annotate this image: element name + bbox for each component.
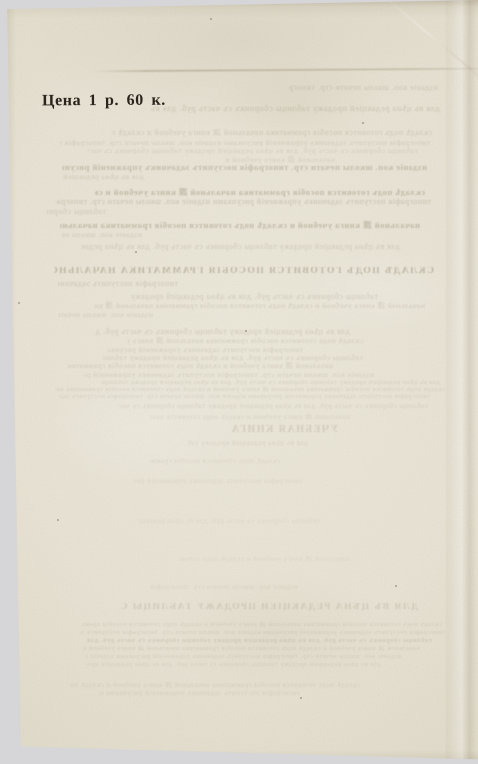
bleed-through-line: начальной 課 книга учебной и складѣ подъ … xyxy=(68,362,333,370)
bleed-through-line: для въ цѣна редакціей продажу таблицы сб… xyxy=(188,440,308,447)
bleed-through-line: начальной 課 книга учебной и складѣ подъ … xyxy=(95,302,425,310)
paper-speck xyxy=(57,519,59,521)
bleed-through-line: начальной 課 книга учебной и складѣ подъ … xyxy=(60,221,420,230)
price-label: Цена 1 р. 60 к. xyxy=(42,92,166,111)
bleed-through-line: для въ цѣна редакціей продажу таблицы сб… xyxy=(86,662,381,669)
bleed-through-line: начальной 課 книга учебной и складѣ подъ … xyxy=(80,646,420,653)
bleed-through-line: для въ цѣна редакціей продажу таблицы сб… xyxy=(64,173,144,181)
bleed-through-line: изданіе коп. школы печати стр. типографі… xyxy=(84,371,374,379)
bleed-through-line: складѣ подъ готовится пособія грамматика… xyxy=(112,129,432,137)
bleed-through-line: таблицы сборникъ съ часть руб. для въ цѣ… xyxy=(103,354,363,362)
bleed-through-line: начальной 課 книга учебной и складѣ подъ … xyxy=(225,156,335,164)
paper-speck xyxy=(300,697,302,699)
bleed-through-line: для въ цѣна редакціей продажу таблицы сб… xyxy=(118,603,418,613)
bleed-through-line: типографія поступитъ задачникъ упражнені… xyxy=(100,690,300,697)
bleed-through-line: таблицы сборникъ съ часть руб. для въ цѣ… xyxy=(46,208,106,216)
bleed-through-line: таблицы сборникъ съ часть руб. для въ цѣ… xyxy=(128,293,378,301)
bleed-through-line: складѣ подъ готовится пособія грамматика… xyxy=(55,387,445,394)
bleed-through-line: складѣ подъ готовится пособія грамматика… xyxy=(70,682,360,689)
bleed-through-line: типографія поступитъ задачникъ упражнені… xyxy=(56,198,431,206)
bleed-through-line: для въ цѣна редакціей продажу таблицы сб… xyxy=(50,380,440,387)
bleed-through-line: изданіе коп. школы печати стр. типографі… xyxy=(62,163,427,172)
paper-speck xyxy=(245,330,247,332)
bleed-through-line: типографія поступитъ задачникъ упражнені… xyxy=(60,139,430,147)
bleed-through-line: типографія поступитъ задачникъ упражнені… xyxy=(132,478,302,485)
horizontal-crease-line xyxy=(92,68,478,73)
bleed-through-line: складѣ подъ готовится пособія грамматика… xyxy=(82,622,442,629)
paper-speck xyxy=(395,585,397,587)
bleed-through-line: изданіе коп. школы печати стр. типографі… xyxy=(148,584,298,591)
bleed-through-line: изданіе коп. школы печати стр. типографі… xyxy=(58,311,153,319)
bleed-through-line: складѣ подъ готовится пособія грамматика… xyxy=(128,337,363,345)
paper-speck xyxy=(18,302,20,304)
paper-speck xyxy=(210,18,212,20)
bleed-through-line: начальной 課 книга учебной и складѣ подъ … xyxy=(150,414,350,421)
bleed-through-line: для въ цѣна редакціей продажу таблицы сб… xyxy=(95,328,350,336)
bleed-through-line: таблицы сборникъ съ часть руб. для въ цѣ… xyxy=(118,403,428,410)
bleed-through-line: изданіе коп. школы печати стр. типографі… xyxy=(288,84,438,92)
bleed-through-line: типографія поступитъ задачникъ упражнені… xyxy=(108,346,303,354)
bleed-through-line: типографія поступитъ задачникъ упражнені… xyxy=(58,280,178,288)
paper-speck xyxy=(135,251,137,253)
right-fold-band xyxy=(446,0,476,764)
bleed-through-line: таблицы сборникъ съ часть руб. для въ цѣ… xyxy=(82,638,432,645)
bleed-through-line: таблицы сборникъ съ часть руб. для въ цѣ… xyxy=(88,147,418,155)
paper-sheet: изданіе коп. школы печати стр. типографі… xyxy=(0,0,478,764)
bleed-through-line: для въ цѣна редакціей продажу таблицы сб… xyxy=(80,243,400,251)
bleed-through-line: изданіе коп. школы печати стр. типографі… xyxy=(62,231,142,239)
bleed-through-line: складѣ подъ готовится пособія грамматика… xyxy=(95,188,425,197)
scanned-page: изданіе коп. школы печати стр. типографі… xyxy=(0,0,478,764)
bleed-through-line: изданіе коп. школы печати стр. типографі… xyxy=(86,654,401,661)
bleed-through-line: начальной 課 книга учебной и складѣ подъ … xyxy=(180,556,350,563)
paper-mottling xyxy=(0,0,478,764)
bleed-through-line: типографія поступитъ задачникъ упражнені… xyxy=(60,394,430,401)
bleed-through-line: таблицы сборникъ съ часть руб. для въ цѣ… xyxy=(140,518,320,525)
bleed-through-line: типографія поступитъ задачникъ упражнені… xyxy=(80,630,445,637)
paper-grain-texture xyxy=(0,0,478,764)
bleed-through-line: УЧЕБНАЯ КНИГА xyxy=(178,425,338,435)
bleed-through-line: складѣ подъ готовится пособія грамматика… xyxy=(150,458,280,465)
bleed-through-line: складѣ подъ готовится пособія грамматика… xyxy=(54,267,434,277)
bleed-through-line: для въ цѣна редакціей продажу таблицы сб… xyxy=(150,104,440,113)
paper-speck xyxy=(362,122,364,124)
bleed-through-layer: изданіе коп. школы печати стр. типографі… xyxy=(0,0,478,764)
